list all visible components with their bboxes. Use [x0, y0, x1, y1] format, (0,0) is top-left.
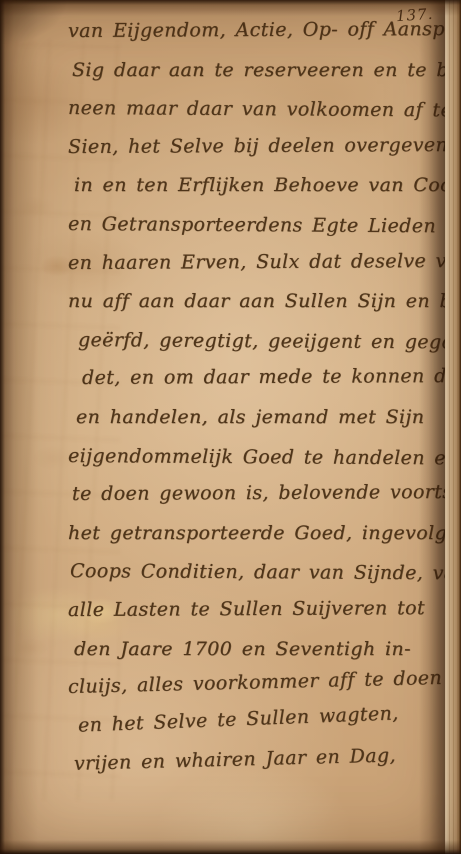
page-fore-edge [445, 0, 461, 854]
manuscript-text-block: van Eijgendom, Actie, Op- off Aanspraak … [68, 12, 437, 784]
manuscript-line: Sig daar aan te reserveeren en te behoud… [68, 51, 437, 90]
manuscript-page-photo: 137. van Eijgendom, Actie, Op- off Aansp… [0, 0, 461, 854]
manuscript-line: neen maar daar van volkoomen af te [68, 89, 437, 130]
photo-border-left [0, 0, 38, 854]
manuscript-line: alle Lasten te Sullen Suijveren tot [68, 589, 437, 630]
manuscript-line: in en ten Erflijken Behoeve van Cooperen [68, 166, 437, 205]
manuscript-line: Coops Conditien, daar van Sijnde, van [68, 552, 437, 593]
manuscript-line: en Getransporteerdens Egte Lieden voornt… [68, 205, 437, 246]
manuscript-line: van Eijgendom, Actie, Op- off Aanspraak [68, 10, 437, 51]
manuscript-line: det, en om daar mede te konnen doen [68, 357, 437, 398]
manuscript-line: het getransporteerde Goed, ingevolge [68, 514, 437, 553]
manuscript-line: vrijen en whairen Jaar en Dag, [67, 736, 437, 784]
manuscript-line: te doen gewoon is, belovende voorts [68, 473, 437, 514]
manuscript-line: Sien, het Selve bij deelen overgevende a… [68, 126, 437, 167]
manuscript-line: en handelen, als jemand met Sijn [68, 398, 437, 437]
manuscript-line: geërfd, geregtigt, geeijgent en gegoe- [68, 321, 437, 362]
manuscript-line: nu aff aan daar aan Sullen Sijn en blijv… [68, 282, 437, 321]
manuscript-line: eijgendommelijk Goed te handelen en [68, 437, 437, 478]
photo-border-bottom [0, 840, 461, 854]
manuscript-line: en haaren Erven, Sulx dat deselve van [68, 242, 437, 283]
